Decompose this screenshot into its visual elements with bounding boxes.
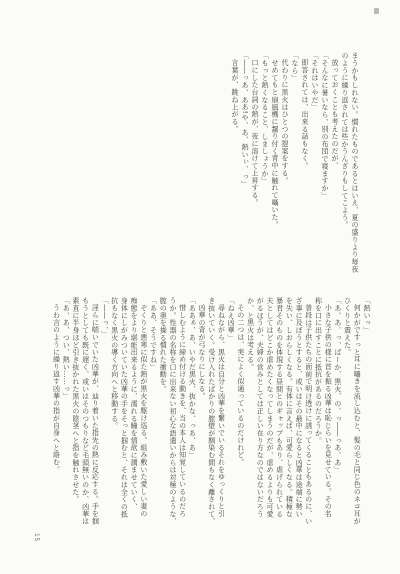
text-column: 普段は子供たちの面前で明け透けに誘ってくることもあるのに、い [303,297,313,559]
text-column: うか。性器の名称を口に出来ない初心な語遣いからは対極のような、 [167,297,177,559]
text-column: を失い、しおらしくなる。有体に言えば、可愛らしくなる。積極な [284,297,294,559]
text-column: 放っておくことも考えたのだが、 [330,52,340,270]
text-column: 夫としてはどこか虐めたくなってしまうのだが、虐めるよりも可愛 [264,297,274,559]
text-column: 口にした台詞の熱が、夜に溶けて上昇する。 [250,52,260,270]
text-column: 「ああぁ、あ、いやだ黒火、抜かな、っあ、あ」 [187,297,197,559]
text-column: せめてもと扇風機に齧り付く背中に触れて囁いた。 [270,52,280,270]
text-column: 膣の奥を操る慣れた衝動を。 [158,297,168,559]
text-column: 「ああ、そうですね」 [148,297,158,559]
text-column: 抗もなく黒火の導く方向へと移動する。 [109,297,119,559]
text-column: 何かがですっと耳に囁きを流し込むと、髪の毛と同じ色のネコ耳が [352,297,362,559]
text-column: 称を口に出すことに抵抗があるのだろうか。 [313,297,323,559]
text-column: のように繰り返されては些かうんざりもしてこよう。 [340,52,350,270]
text-column: 「それはいやだ」 [310,52,320,270]
text-column: 「もっと熱くなること、しましょうか」 [260,52,270,270]
text-column: 「なら」 [290,52,300,270]
text-column: 痴態をより堪能出来るように、濡れる瞳を情欲に潤ませていく、 [128,297,138,559]
text-column: 即答されては、出来る話もなく。 [300,52,310,270]
text-column: 言葉が、跳ね上がる。 [230,52,240,270]
text-column: もうとしても既に遅く、或いはそのつもりなど毛頭無いのか、凶華は [80,297,90,559]
text-column: 代わりに黒火はひとつの提案をする。 [280,52,290,270]
text-column: 尋ねながら、黒火は自分と凶華を繋いでいるそれをゆっくりと引 [216,297,226,559]
bottom-text-block: 「熱いっ」何かがですっと耳に囁きを流し込むと、髪の毛と同じ色のネコ耳がひくりと震… [51,297,371,559]
scanned-novel-page: まうかもしれない。慣れたものであるとはいえ、夏の盛りより毎夜のように繰り返されて… [0,0,400,574]
text-column: き抜いていく。受け入れたばかりの膣壁が馴染む間もなく離されて、 [206,297,216,559]
text-column: 淫らに喘いでいた凶華が、辿り着いた指先の熱に反応する。手を掴 [90,297,100,559]
text-column: ひくりと震えた。 [342,297,352,559]
text-column: ざ事に及ぼうとすると、或いはその最中になると凶華は途端に勢い [293,297,303,559]
page-number: 15 [33,533,40,542]
scan-artifact-speck [374,8,379,14]
text-column: 暴君そのものを体現する昼間とのギャップもあり、虐げられている [274,297,284,559]
text-column: まうかもしれない。慣れたものであるとはいえ、夏の盛りより毎夜 [350,52,360,270]
text-column: 凶華の背が弓なりにしなる。 [196,297,206,559]
top-text-block: まうかもしれない。慣れたものであるとはいえ、夏の盛りより毎夜のように繰り返されて… [230,52,360,270]
text-column: 「熱いっ」 [361,297,371,559]
text-column: 「ねえ凶華」 [225,297,235,559]
text-column: 身体にしがみついていた凶華の手をそっと掴むと、それは全くの抵 [119,297,129,559]
text-column: 「――っ、」 [99,297,109,559]
text-column: 「あ、あ、つい、熱い……っ」 [61,297,71,559]
text-column: ぞくりと悪寒に似た熱が黒火を駆け巡る。組み敷いた愛しい妻の [138,297,148,559]
text-column: 惜しむように締め付ける動きを、当の本人は知覚しているのだろ [177,297,187,559]
text-column: その二つは、実によく似通っているのだけれど。 [235,297,245,559]
text-column: がるほうが、夫婦の営みとしては正しい在り方なのではないだろう [255,297,265,559]
text-column: 素直に半身ほど引き抜かれた黒火の陰茎へと指を触れさせた。 [70,297,80,559]
text-column: 「――っあ、ああ!や、あ、熱いぃ、っ」 [240,52,250,270]
text-column: うわ言のように繰り返す凶華の指が自身へと絡む。 [51,297,61,559]
text-column: 「あ、あ、っ、ばーか、黒火、の、っ――っあ、あ」 [332,297,342,559]
text-column: 小さな子供の様に首を振る凶華は恥じらいを見せている。その名 [322,297,332,559]
text-column: 「そんなに暑いなら、別の布団で寝ますか」 [320,52,330,270]
text-column: か、と黒火は考える。 [245,297,255,559]
